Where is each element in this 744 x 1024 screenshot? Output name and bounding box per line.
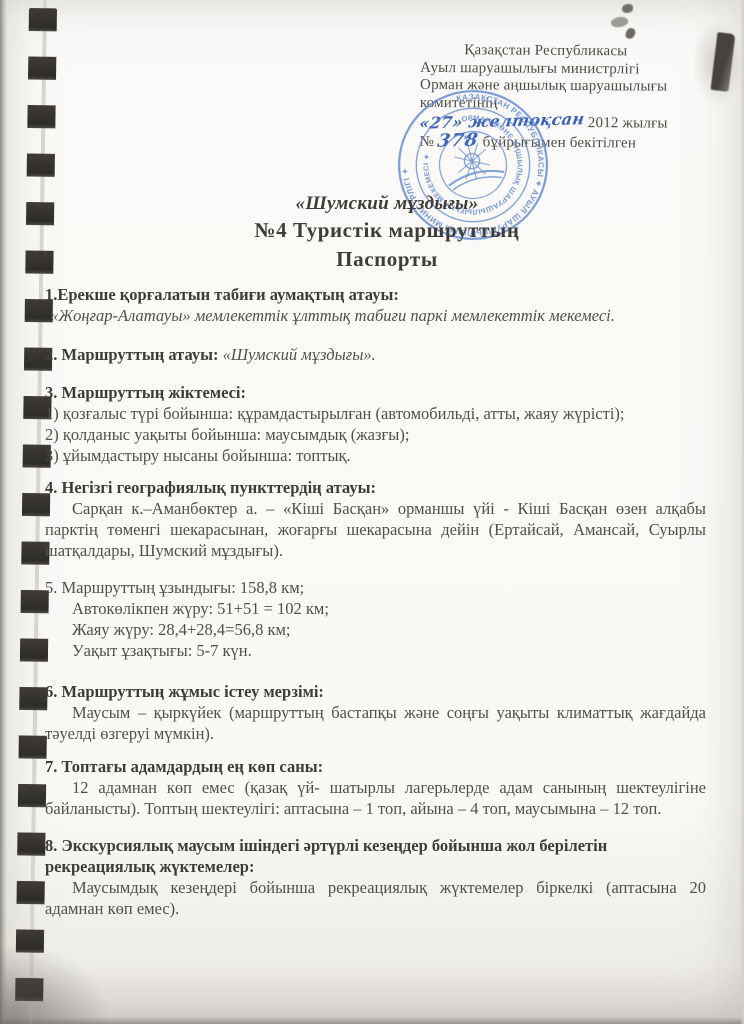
section-8-heading: 8. Экскурсиялық маусым ішіндегі әртүрлі …	[45, 835, 706, 877]
document-title-line-2: №4 Туристік маршруттың	[60, 218, 714, 243]
section-6-operating-period: 6. Маршруттың жұмыс істеу мерзімі: Маусы…	[45, 681, 706, 744]
ink-blob	[622, 4, 633, 13]
section-4-geographic-points: 4. Негізгі географиялық пункттердің атау…	[45, 477, 706, 561]
section-7-body: 12 адамнан көп емес (қазақ үй- шатырлы л…	[45, 777, 706, 819]
section-4-heading: 4. Негізгі географиялық пункттердің атау…	[45, 477, 706, 498]
section-1-protected-area: 1.Ерекше қорғалатын табиғи аумақтың атау…	[45, 284, 706, 326]
route-name-title: «Шумский мұздығы»	[60, 193, 714, 215]
section-8-recreational-loads: 8. Экскурсиялық маусым ішіндегі әртүрлі …	[45, 835, 706, 919]
section-1-body: «Жоңғар-Алатауы» мемлекеттік ұлттық таби…	[50, 305, 706, 326]
document-title-line-3: Паспорты	[60, 247, 714, 272]
section-6-heading: 6. Маршруттың жұмыс істеу мерзімі:	[45, 681, 706, 702]
page-left-edge	[0, 0, 7, 1024]
section-5-line-2: Автокөлікпен жүру: 51+51 = 102 км;	[72, 598, 706, 619]
bottom-left-shadow	[0, 944, 110, 1024]
approval-line-2: Ауыл шаруашылығы министрлігі	[420, 59, 734, 79]
section-5-line-3: Жаяу жүру: 28,4+28,4=56,8 км;	[72, 619, 706, 640]
section-2-value: «Шумский мұздығы».	[223, 345, 376, 364]
section-3-item-1: 1) қозғалыс түрі бойынша: құрамдастырылғ…	[45, 403, 706, 424]
page-right-edge	[740, 0, 744, 1024]
ink-smudge	[604, 2, 650, 46]
section-3-item-3: 3) ұйымдастыру нысаны бойынша: топтық.	[45, 445, 706, 466]
printed-year: 2012 жылғы	[588, 115, 668, 132]
section-5-line-1: 5. Маршруттың ұзындығы: 158,8 км;	[45, 577, 706, 598]
approval-line-1: Қазақстан Республикасы	[420, 42, 734, 62]
stamp-star: ✶	[462, 133, 471, 143]
section-7-heading: 7. Топтағы адамдардың ең көп саны:	[45, 756, 706, 777]
section-3-item-2: 2) қолданыс уақыты бойынша: маусымдық (ж…	[45, 424, 706, 445]
section-3-heading: 3. Маршруттың жіктемесі:	[45, 382, 706, 403]
section-1-heading: 1.Ерекше қорғалатын табиғи аумақтың атау…	[45, 284, 706, 305]
document-body: 1.Ерекше қорғалатын табиғи аумақтың атау…	[45, 284, 706, 919]
section-5-route-length: 5. Маршруттың ұзындығы: 158,8 км; Автокө…	[45, 577, 706, 661]
section-2-route-name: 2. Маршруттың атауы: «Шумский мұздығы».	[45, 344, 706, 365]
section-3-classification: 3. Маршруттың жіктемесі: 1) қозғалыс түр…	[45, 382, 706, 466]
ink-blob	[624, 27, 636, 40]
section-8-body: Маусымдық кезеңдері бойынша рекреациялық…	[45, 877, 706, 919]
section-2-label: 2. Маршруттың атауы:	[45, 345, 223, 364]
page-bottom-edge	[0, 1017, 744, 1024]
scanned-document-page: Қазақстан Республикасы Ауыл шаруашылығы …	[0, 0, 744, 1024]
document-title: «Шумский мұздығы» №4 Туристік маршруттың…	[60, 193, 714, 272]
section-4-body: Сарқан к.–Аманбөктер а. – «Кіші Басқан» …	[45, 498, 706, 561]
section-7-max-group-size: 7. Топтағы адамдардың ең көп саны: 12 ад…	[45, 756, 706, 819]
section-6-body: Маусым – қыркүйек (маршруттың бастапқы ж…	[45, 702, 706, 744]
section-5-line-4: Уақыт ұзақтығы: 5-7 күн.	[72, 640, 706, 661]
ink-blob	[610, 15, 629, 29]
